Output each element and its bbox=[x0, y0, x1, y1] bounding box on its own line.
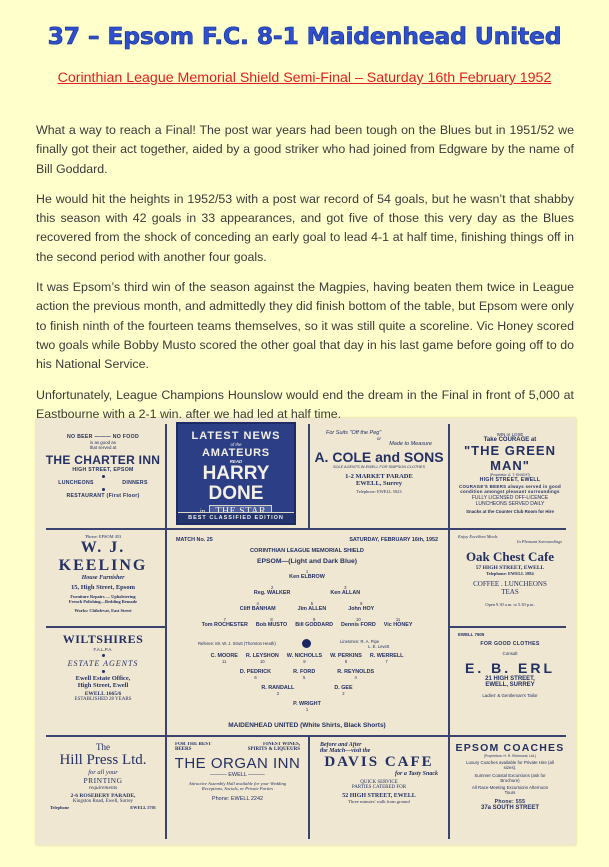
ad-text: In Pleasant Surroundings bbox=[452, 539, 568, 544]
ad-text: Consult bbox=[452, 651, 568, 656]
player: 8Bob MUSTO bbox=[256, 617, 287, 628]
teamsheet: MATCH No. 25 SATURDAY, FEBRUARY 16th, 19… bbox=[168, 531, 446, 733]
match-date: SATURDAY, FEBRUARY 16th, 1952 bbox=[349, 537, 438, 543]
ad-text: LUNCHEONS SERVED DAILY bbox=[452, 501, 568, 507]
ad-heading: DAVIS CAFE bbox=[312, 754, 446, 771]
player: R. FORD5 bbox=[293, 669, 315, 680]
shirt-number: 6 bbox=[240, 675, 271, 680]
divider bbox=[308, 736, 310, 839]
ad-text: Ladies' & Gentleman's Tailor bbox=[452, 693, 568, 698]
ad-cole-and-sons: For Suits "Off the Peg" or Made to Measu… bbox=[312, 430, 446, 526]
article-body: What a way to reach a Final! The post wa… bbox=[36, 121, 574, 435]
ad-text: RESTAURANT (First Floor) bbox=[44, 493, 162, 499]
ad-text: Attractive Assembly Hall available for y… bbox=[169, 778, 306, 794]
player: 7Tom ROCHESTER bbox=[202, 617, 248, 628]
ad-heading: Oak Chest Cafe bbox=[452, 549, 568, 565]
shirt-number: 11 bbox=[211, 659, 238, 664]
ad-text: Works: Chilofrvat, East Street bbox=[44, 608, 162, 613]
shirt-number: 7 bbox=[370, 659, 404, 664]
player-name: Reg. WALKER bbox=[254, 590, 291, 596]
player: R. RANDALL3 bbox=[261, 685, 294, 696]
lineup-row: P. WRIGHT1 bbox=[168, 701, 446, 712]
ad-heading: THE ORGAN INN bbox=[169, 755, 306, 772]
ad-text: that served at bbox=[44, 445, 162, 450]
player: 6John HOY bbox=[348, 601, 374, 612]
ad-epsom-coaches: EPSOM COACHES (Proprietors: H. R. Richmo… bbox=[452, 742, 568, 838]
divider bbox=[46, 735, 566, 737]
linesmen: Linesmen: R. A. Pipe L. E. Levett bbox=[340, 639, 389, 649]
ad-text: DINNERS bbox=[122, 480, 147, 486]
ad-oak-chest-cafe: Enjoy Excellent Meals In Pleasant Surrou… bbox=[452, 534, 568, 624]
ad-text: SOLE AGENTS IN EWELL FOR SIMPSON CLOTHES bbox=[312, 465, 446, 469]
ad-text: EWELL bbox=[228, 772, 246, 778]
player: D. GEE2 bbox=[334, 685, 352, 696]
ad-text: Telephone: EWELL 5023 bbox=[312, 489, 446, 494]
player-name: Tom ROCHESTER bbox=[202, 622, 248, 628]
shirt-number: 2 bbox=[334, 691, 352, 696]
player-name: Dennis FORD bbox=[341, 622, 376, 628]
lineup-row: C. MOORE11R. LEYSHON10W. NICHOLLS9W. PER… bbox=[168, 653, 446, 664]
bullet-icon bbox=[102, 654, 105, 657]
player-name: Ken ALLAN bbox=[330, 590, 360, 596]
ad-text: EWELL, Surrey bbox=[312, 480, 446, 487]
ad-text: High Street, Ewell bbox=[44, 682, 162, 689]
ad-text: EWELL, SURREY bbox=[452, 682, 568, 688]
ad-text: F.A.L.P.A. bbox=[44, 647, 162, 652]
player-name: John HOY bbox=[348, 606, 374, 612]
competition-name: CORINTHIAN LEAGUE MEMORIAL SHIELD bbox=[168, 548, 446, 554]
lineup-row: 7Tom ROCHESTER8Bob MUSTO9Bill GODDARD10D… bbox=[168, 617, 446, 628]
shirt-number: 8 bbox=[330, 659, 362, 664]
ad-organ-inn: FOR THE BESTBEERSFINEST WINES,SPIRITS & … bbox=[169, 742, 306, 838]
shirt-number: 3 bbox=[261, 691, 294, 696]
ad-davis-cafe: Before and After the Match—visit the DAV… bbox=[312, 742, 446, 838]
ad-text: PRINTING bbox=[44, 776, 162, 785]
ad-text: Summer Coastal Excursions (ask for Broch… bbox=[452, 772, 568, 784]
ad-hill-press: The Hill Press Ltd. for all your PRINTIN… bbox=[44, 740, 162, 840]
player: W. NICHOLLS9 bbox=[287, 653, 322, 664]
ad-text: for all your bbox=[44, 769, 162, 776]
ad-text: HIGH STREET, EPSOM bbox=[44, 467, 162, 473]
player: 4Cliff BANHAM bbox=[240, 601, 276, 612]
ad-text: NO FOOD bbox=[113, 434, 139, 440]
match-number: MATCH No. 25 bbox=[176, 537, 213, 543]
ad-text: ESTABLISHED 28 YEARS bbox=[44, 697, 162, 702]
player-name: Cliff BANHAM bbox=[240, 606, 276, 612]
lineup-row: 1Ken ELBROW bbox=[168, 569, 446, 580]
ad-text: All Race-Meeting Excursions Afternoon To… bbox=[452, 784, 568, 796]
ad-text: 37a SOUTH STREET bbox=[452, 805, 568, 811]
ad-text: NO BEER bbox=[67, 434, 93, 440]
ad-heading: "THE GREEN MAN" bbox=[452, 443, 568, 473]
away-team-name: MAIDENHEAD UNITED (White Shirts, Black S… bbox=[168, 722, 446, 729]
match-subtitle: Corinthian League Memorial Shield Semi-F… bbox=[0, 70, 609, 86]
player: W. PERKINS8 bbox=[330, 653, 362, 664]
bullet-icon bbox=[102, 670, 105, 673]
ad-text: COFFEE . LUNCHEONS bbox=[452, 580, 568, 588]
player: C. MOORE11 bbox=[211, 653, 238, 664]
player: R. REYNOLDS4 bbox=[337, 669, 374, 680]
lineup-row: R. RANDALL3D. GEE2 bbox=[168, 685, 446, 696]
ad-heading: Hill Press Ltd. bbox=[44, 752, 162, 769]
ad-text: ESTATE AGENTS bbox=[44, 659, 162, 668]
player-name: Ken ELBROW bbox=[289, 574, 325, 580]
player: 10Dennis FORD bbox=[341, 617, 376, 628]
ad-text: French Polishing—Bedding Remade bbox=[44, 599, 162, 604]
player-name: Vic HONEY bbox=[384, 622, 413, 628]
article-paragraph: It was Epsom’s third win of the season a… bbox=[36, 278, 574, 374]
linesman: L. E. Levett bbox=[340, 644, 389, 649]
ad-text: EWELL 5701 bbox=[130, 805, 156, 810]
ad-heading: HARRY DONE bbox=[178, 464, 294, 504]
ad-text: Telephone bbox=[50, 805, 69, 810]
player: D. PEDRICK6 bbox=[240, 669, 271, 680]
ad-text: Made to Measure bbox=[312, 441, 446, 447]
ad-charter-inn: NO BEER ——— NO FOOD is as good as that s… bbox=[44, 434, 162, 526]
divider bbox=[308, 424, 310, 529]
ad-text: 15, High Street, Epsom bbox=[44, 584, 162, 591]
player: 11Vic HONEY bbox=[384, 617, 413, 628]
ad-text: Phone: EWELL 2242 bbox=[169, 796, 306, 802]
player: 3Ken ALLAN bbox=[330, 585, 360, 596]
ball-icon bbox=[302, 639, 311, 648]
ad-heading: W. J. KEELING bbox=[44, 539, 162, 575]
player: R. WERRELL7 bbox=[370, 653, 404, 664]
match-programme-image: NO BEER ——— NO FOOD is as good as that s… bbox=[36, 418, 576, 845]
divider bbox=[46, 626, 165, 628]
bullet-icon bbox=[102, 475, 105, 478]
ad-text: BEERS bbox=[175, 747, 191, 752]
ad-text: SPIRITS & LIQUEURS bbox=[248, 747, 300, 752]
shirt-number: 5 bbox=[293, 675, 315, 680]
player: 9Bill GODDARD bbox=[295, 617, 333, 628]
lineup-row: 2Reg. WALKER3Ken ALLAN bbox=[168, 585, 446, 596]
ad-text: Luxury Coaches available for Private Hir… bbox=[452, 758, 568, 772]
ad-text: PARTIES CATERED FOR bbox=[312, 785, 446, 790]
player: R. LEYSHON10 bbox=[246, 653, 279, 664]
ad-text: Ewell Estate Office, bbox=[44, 675, 162, 682]
player: P. WRIGHT1 bbox=[293, 701, 321, 712]
ad-heading: LATEST NEWS bbox=[178, 430, 294, 442]
home-team-name: EPSOM—(Light and Dark Blue) bbox=[168, 558, 446, 565]
lineup-row: 4Cliff BANHAM5Jim ALLEN6John HOY bbox=[168, 601, 446, 612]
player: 5Jim ALLEN bbox=[298, 601, 327, 612]
ad-text: House Furnisher bbox=[44, 575, 162, 581]
divider bbox=[448, 626, 566, 628]
ad-latest-news: LATEST NEWS of the AMATEURS READ HARRY D… bbox=[176, 422, 296, 525]
article-paragraph: What a way to reach a Final! The post wa… bbox=[36, 121, 574, 179]
shirt-number: 4 bbox=[337, 675, 374, 680]
ad-heading: THE CHARTER INN bbox=[44, 453, 162, 467]
ad-heading: E. B. ERL bbox=[452, 660, 568, 676]
ad-heading: A. COLE and SONS bbox=[312, 449, 446, 465]
ad-text: for a Tasty Snack bbox=[312, 771, 446, 777]
ad-heading: EPSOM COACHES bbox=[452, 742, 568, 754]
ad-text: EWELL 7605 bbox=[452, 632, 568, 637]
bullet-icon bbox=[102, 488, 105, 491]
ad-text: LUNCHEONS bbox=[58, 480, 94, 486]
ad-heading: WILTSHIRES bbox=[44, 632, 162, 647]
ad-text: requirements bbox=[44, 785, 162, 791]
ad-heading: AMATEURS bbox=[178, 447, 294, 459]
referee: Referee: Mr. W. J. Strutt (Thornton Heat… bbox=[198, 641, 276, 646]
ad-green-man: WIN or LOSE Take COURAGE at "THE GREEN M… bbox=[452, 432, 568, 526]
divider bbox=[46, 528, 566, 530]
player-name: Bob MUSTO bbox=[256, 622, 287, 628]
ad-text: COURAGE'S BEERS always served in good co… bbox=[452, 483, 568, 495]
ad-eb-erl: EWELL 7605 FOR GOOD CLOTHES Consult E. B… bbox=[452, 632, 568, 734]
divider bbox=[165, 424, 167, 839]
ad-text: Telephone: EWELL 1884 bbox=[452, 571, 568, 576]
ad-text: The bbox=[44, 742, 162, 752]
player-name: Jim ALLEN bbox=[298, 606, 327, 612]
player: 1Ken ELBROW bbox=[289, 569, 325, 580]
shirt-number: 1 bbox=[293, 707, 321, 712]
player: 2Reg. WALKER bbox=[254, 585, 291, 596]
page-title: 37 – Epsom F.C. 8-1 Maidenhead United bbox=[0, 22, 609, 50]
divider bbox=[448, 424, 450, 839]
shirt-number: 10 bbox=[246, 659, 279, 664]
ad-text: BEST CLASSIFIED EDITION bbox=[178, 512, 294, 523]
ad-text: Snacks at the Counter Club Room for Hire bbox=[452, 509, 568, 514]
ad-text: Open 9.30 a.m. to 5.30 p.m. bbox=[452, 602, 568, 607]
lineup-row: D. PEDRICK6R. FORD5R. REYNOLDS4 bbox=[168, 669, 446, 680]
player-name: Bill GODDARD bbox=[295, 622, 333, 628]
ad-keeling: 'Phone: EPSOM 453 W. J. KEELING House Fu… bbox=[44, 534, 162, 624]
shirt-number: 9 bbox=[287, 659, 322, 664]
article-paragraph: He would hit the heights in 1952/53 with… bbox=[36, 190, 574, 267]
ad-wiltshires: WILTSHIRES F.A.L.P.A. ESTATE AGENTS Ewel… bbox=[44, 632, 162, 734]
ad-text: TEAS bbox=[452, 588, 568, 596]
ad-text: 1-2 MARKET PARADE bbox=[312, 473, 446, 480]
ad-text: FOR GOOD CLOTHES bbox=[452, 641, 568, 647]
ad-text: Three minutes' walk from ground bbox=[312, 799, 446, 804]
